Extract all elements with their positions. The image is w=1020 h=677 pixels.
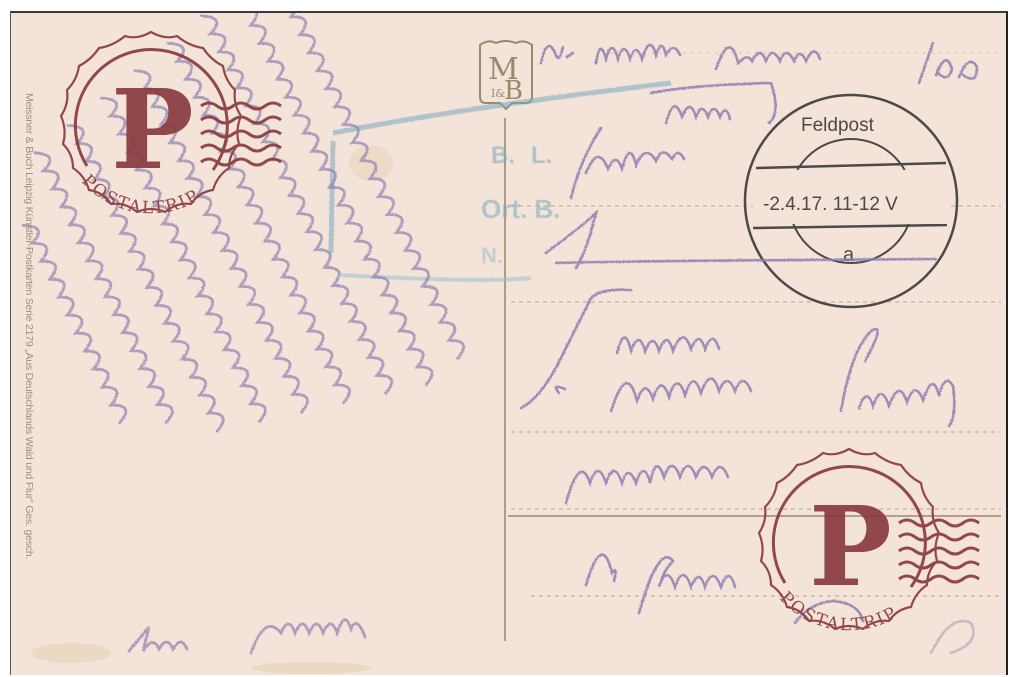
postcard-artwork: M B I& B. L. Ort. B. N. Feldpost -2.4.17…	[11, 13, 1008, 675]
postaltrip-watermark: P POSTALTRIP	[61, 32, 281, 219]
svg-text:I&: I&	[491, 87, 505, 100]
svg-text:L.: L.	[531, 142, 552, 169]
postmark-letter: a	[843, 244, 855, 266]
svg-text:Ort. B.: Ort. B.	[481, 194, 560, 224]
postcard: M B I& B. L. Ort. B. N. Feldpost -2.4.17…	[10, 11, 1008, 675]
watermark-letter: P	[809, 482, 892, 611]
publisher-logo: M B I&	[480, 41, 532, 109]
message-handwriting	[11, 13, 472, 653]
postmark-date: -2.4.17. 11-12 V	[763, 194, 898, 215]
postmark: Feldpost -2.4.17. 11-12 V a	[745, 95, 957, 307]
watermark-letter: P	[111, 65, 194, 194]
publisher-imprint: Meissner & Buch Leipzig Künstler-Postkar…	[21, 93, 35, 623]
svg-text:B.: B.	[491, 142, 515, 169]
postmark-top-text: Feldpost	[801, 115, 875, 136]
postaltrip-watermark: P POSTALTRIP	[759, 449, 979, 636]
svg-text:N.: N.	[481, 243, 503, 268]
